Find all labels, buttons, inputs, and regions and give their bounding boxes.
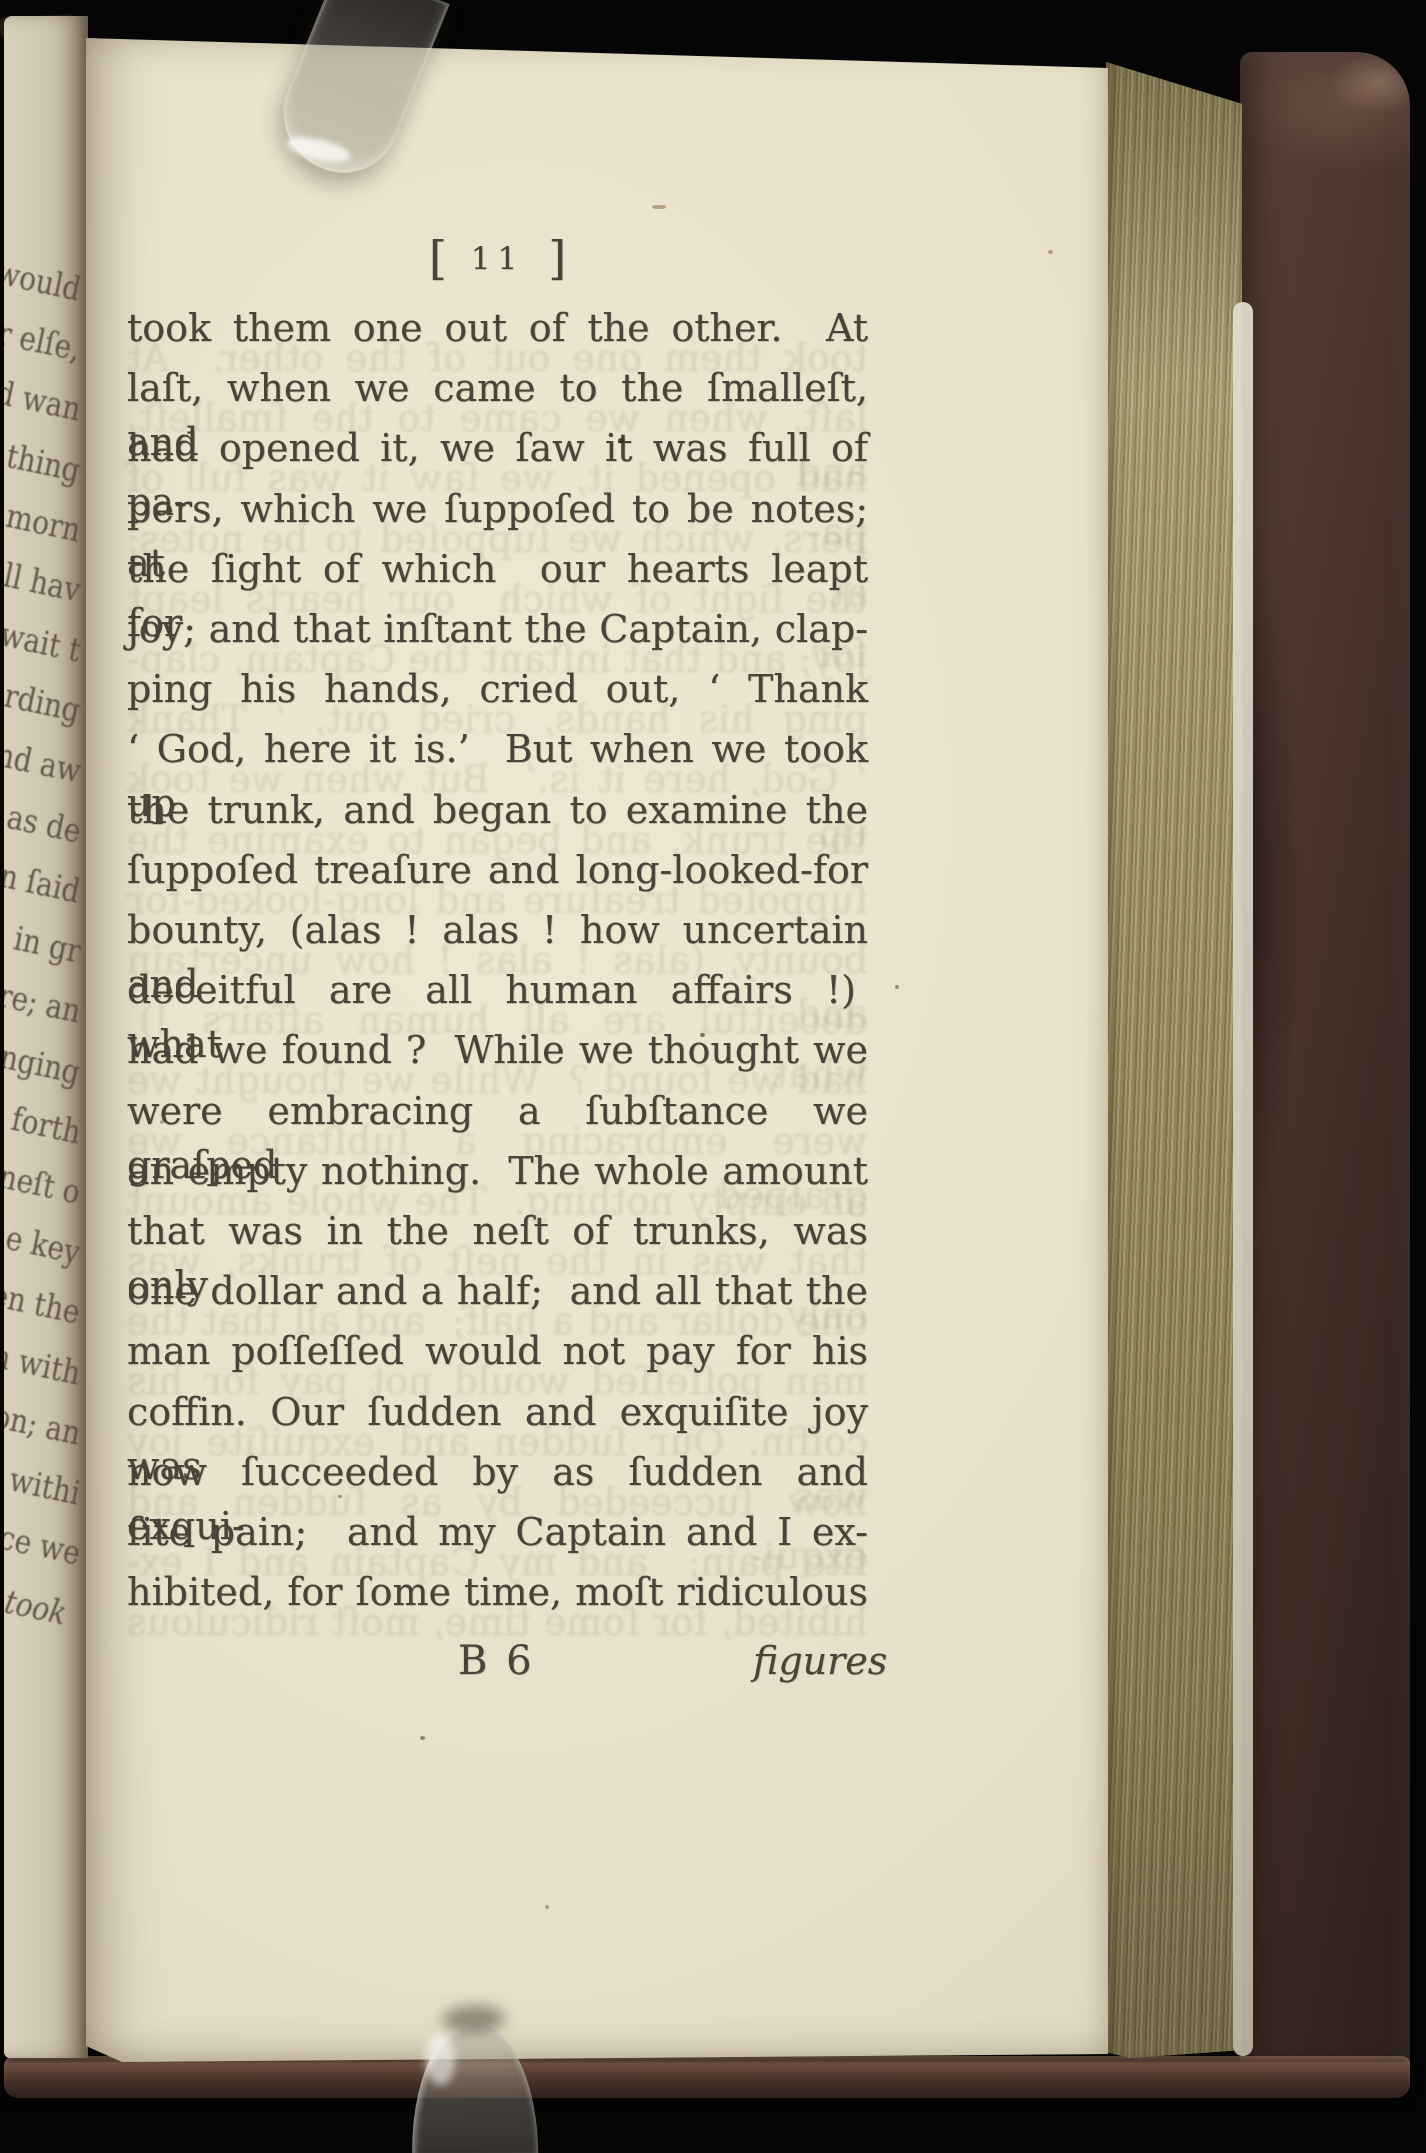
bracket-left-glyph: [ xyxy=(429,231,447,285)
paper-speck xyxy=(160,1120,164,1124)
partial-text-line: hen the xyxy=(4,1271,84,1332)
text-line: ‘ God, here it is.’ But when we took up xyxy=(127,722,868,776)
text-line: ſuppoſed treaſure and long-looked-for xyxy=(127,843,868,897)
text-line: an empty nothing. The whole amount xyxy=(127,1144,868,1198)
text-line: ping his hands, cried out, ‘ Thank xyxy=(127,662,868,716)
partial-text-line: will hav xyxy=(4,548,84,610)
text-line: bounty, (alas ! alas ! how uncertain and xyxy=(127,903,868,957)
partial-text-line: er withi xyxy=(4,1452,84,1514)
text-line: laſt, when we came to the ſmalleſt, and xyxy=(127,361,868,415)
text-line: had opened it, we ſaw it was full of pa- xyxy=(127,421,868,475)
partial-text-line: ſure; an xyxy=(4,970,84,1032)
fore-edge-page-block xyxy=(1106,56,1242,2062)
text-line: one dollar and a half; and all that the xyxy=(127,1264,868,1318)
partial-text-line: and aw xyxy=(4,731,84,791)
text-line: deceitful are all human affairs !) what xyxy=(127,963,868,1017)
book-page: took them one out of the other. Atlaſt, … xyxy=(86,28,1108,2062)
text-line: the trunk, and began to examine the xyxy=(127,783,868,837)
paper-speck xyxy=(338,1495,342,1498)
book-cover-right xyxy=(1240,52,1410,2098)
text-line: hibited, for ſome time, moſt ridiculous xyxy=(127,1565,868,1619)
partial-text-line: al, in gr xyxy=(4,910,84,972)
partial-text-line: m with xyxy=(4,1334,84,1393)
partial-text-line: ext morn xyxy=(4,485,84,551)
text-line: pers, which we ſuppoſed to be notes; at xyxy=(127,482,868,536)
text-line: the ſight of which our hearts leapt for xyxy=(127,542,868,596)
text-line: joy; and that inſtant the Captain, clap- xyxy=(127,602,868,656)
signature-mark: B 6 xyxy=(458,1637,535,1685)
partial-text-line: ould wan xyxy=(4,364,84,430)
partial-text-line: the key xyxy=(4,1212,84,1273)
partial-text-line: tience we xyxy=(4,1506,84,1574)
partial-text-line: ; or elſe, xyxy=(4,306,84,370)
partial-text-line: ain ſaid xyxy=(4,850,84,911)
partial-text-line: all thing xyxy=(4,427,84,491)
paper-speck xyxy=(700,1033,705,1037)
text-line: took them one out of the other. At xyxy=(127,301,868,355)
paper-speck xyxy=(545,1905,549,1909)
partial-text-line: he would xyxy=(4,244,84,310)
text-line: man poſſeſſed would not pay for his xyxy=(127,1324,868,1378)
protruding-page-edge xyxy=(1233,302,1253,2056)
facing-page-sliver: he would; or elſe,ould wanall thingext m… xyxy=(4,16,88,2058)
partial-text-line: took xyxy=(4,1582,70,1634)
bracket-right-glyph: ] xyxy=(548,231,566,285)
text-line: were embracing a ſubſtance we graſped xyxy=(127,1084,868,1138)
text-line: now ſucceeded by as ſudden and exqui- xyxy=(127,1445,868,1499)
page-number-header: [11] xyxy=(127,228,868,288)
partial-text-line: ion; an xyxy=(4,1394,84,1453)
text-line: coffin. Our ſudden and exquiſite joy was xyxy=(127,1385,868,1439)
book-cover-bottom xyxy=(4,2056,1410,2098)
text-line: ſite pain; and my Captain and I ex- xyxy=(127,1505,868,1559)
paper-speck xyxy=(652,205,666,209)
paper-speck xyxy=(895,985,899,989)
photographed-book-scene: he would; or elſe,ould wanall thingext m… xyxy=(0,0,1426,2153)
partial-text-line: ot wait t xyxy=(4,607,84,671)
partial-text-line: ccording xyxy=(4,666,84,731)
paper-speck xyxy=(420,1736,425,1740)
page-number: 11 xyxy=(447,241,548,277)
partial-text-line: ght forth xyxy=(4,1087,84,1152)
text-line: had we found ? While we thought we xyxy=(127,1023,868,1077)
catchword: figures xyxy=(753,1637,887,1685)
paper-speck xyxy=(618,438,624,443)
partial-text-line: longing xyxy=(4,1031,84,1092)
partial-text-line: n as de xyxy=(4,791,84,851)
text-line: that was in the neſt of trunks, was only xyxy=(127,1204,868,1258)
paper-speck xyxy=(1048,250,1053,254)
paper-speck xyxy=(520,818,524,822)
partial-text-line: a neſt o xyxy=(4,1151,84,1213)
